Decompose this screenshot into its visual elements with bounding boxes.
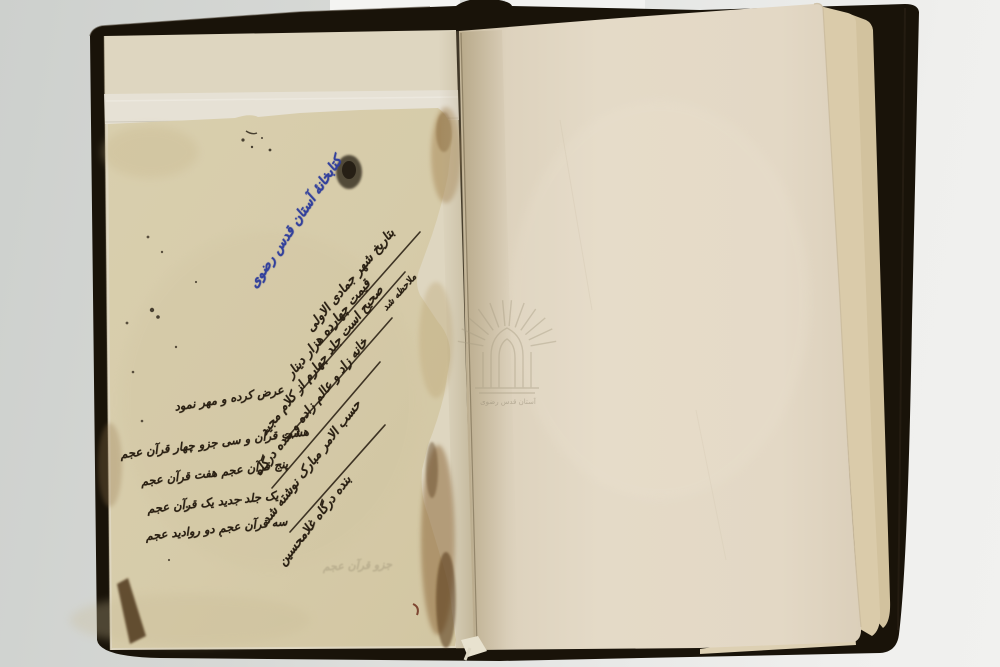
stain <box>436 552 456 648</box>
watermark-caption: آستان قدس رضوی <box>469 398 547 406</box>
stain <box>426 442 438 498</box>
stain <box>102 126 198 178</box>
manuscript-photo: کتابخانهٔ آستان قدس رضوی ملاحظه شد بتاری… <box>0 0 1000 667</box>
stain <box>70 594 310 646</box>
book-photo-svg <box>0 0 1000 667</box>
stain <box>98 423 122 507</box>
